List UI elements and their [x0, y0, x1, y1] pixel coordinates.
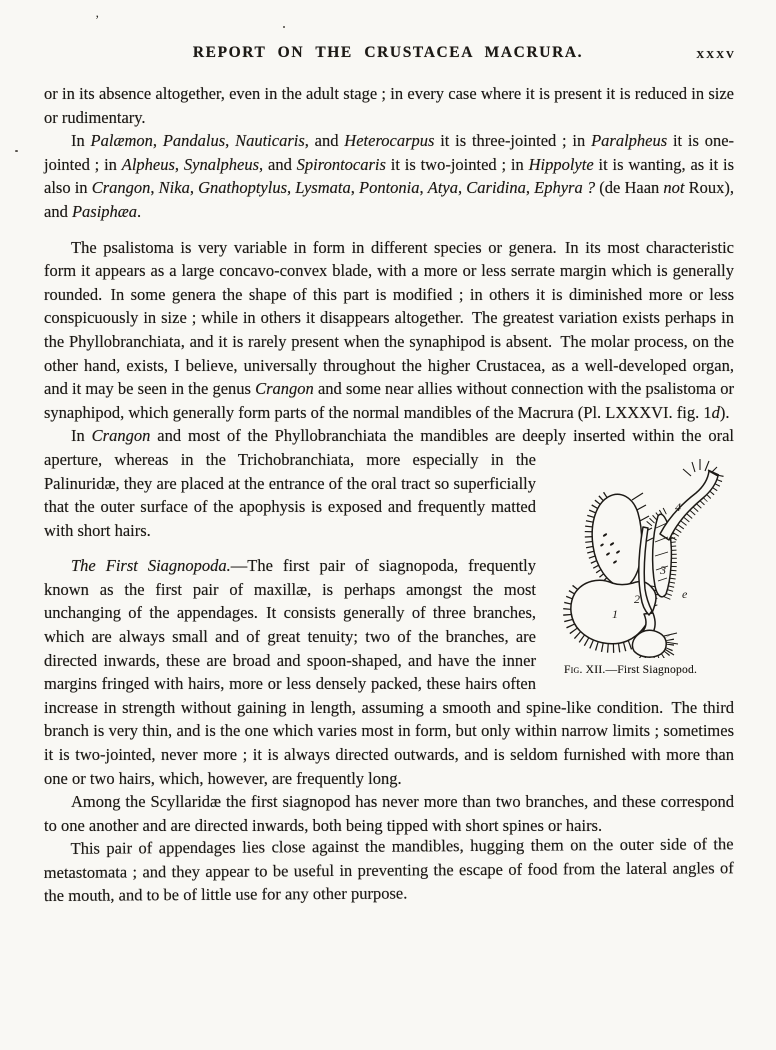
- paragraph-6: Among the Scyllaridæ the first siagnopod…: [44, 790, 734, 837]
- scanned-book-page: REPORT ON THE CRUSTACEA MACRURA. xxxv ’ …: [0, 0, 776, 1050]
- figure-caption-text: —First Siagnopod.: [605, 663, 697, 676]
- scan-speck: ’: [95, 12, 99, 28]
- paragraph-7: This pair of appendages lies close again…: [44, 833, 734, 909]
- scan-speck: [15, 150, 18, 152]
- figure-12: 1 2 3 4 e Fig. XII.—First Siagnopod.: [548, 450, 776, 693]
- paragraph-text: or in its absence altogether, even in th…: [44, 84, 734, 127]
- paragraph-3: The psalistoma is very variable in form …: [44, 236, 734, 425]
- running-head: REPORT ON THE CRUSTACEA MACRURA.: [0, 44, 776, 62]
- scan-speck: [283, 26, 285, 28]
- figure-caption: Fig. XII.—First Siagnopod.: [564, 663, 776, 677]
- text-block: or in its absence altogether, even in th…: [44, 82, 734, 908]
- paragraph-4: In Crangon and most of the Phyllobranchi…: [44, 424, 734, 542]
- first-siagnopod-figure: 1 2 3 4 e: [548, 450, 776, 658]
- figure-label-1: 1: [612, 607, 618, 621]
- figure-label-4: 4: [675, 500, 681, 514]
- figure-label-2: 2: [634, 592, 640, 606]
- figure-label-e: e: [682, 587, 688, 601]
- figure-label-3: 3: [659, 563, 666, 577]
- paragraph-text: Palinuridæ, they are placed at the entra…: [44, 474, 536, 540]
- paragraph-text: This pair of appendages lies close again…: [44, 835, 734, 906]
- page-number: xxxv: [696, 45, 736, 63]
- paragraph-text: In Palæmon, Pandalus, Nauticaris, and He…: [44, 131, 734, 221]
- paragraph-2: In Palæmon, Pandalus, Nauticaris, and He…: [44, 129, 734, 223]
- anatomy-outlines: [571, 470, 719, 657]
- paragraph-text: Among the Scyllaridæ the first siagnopod…: [44, 792, 734, 835]
- figure-caption-label: Fig. XII.: [564, 663, 605, 676]
- paragraph-text: The psalistoma is very variable in form …: [44, 238, 734, 422]
- paragraph-1: or in its absence altogether, even in th…: [44, 82, 734, 129]
